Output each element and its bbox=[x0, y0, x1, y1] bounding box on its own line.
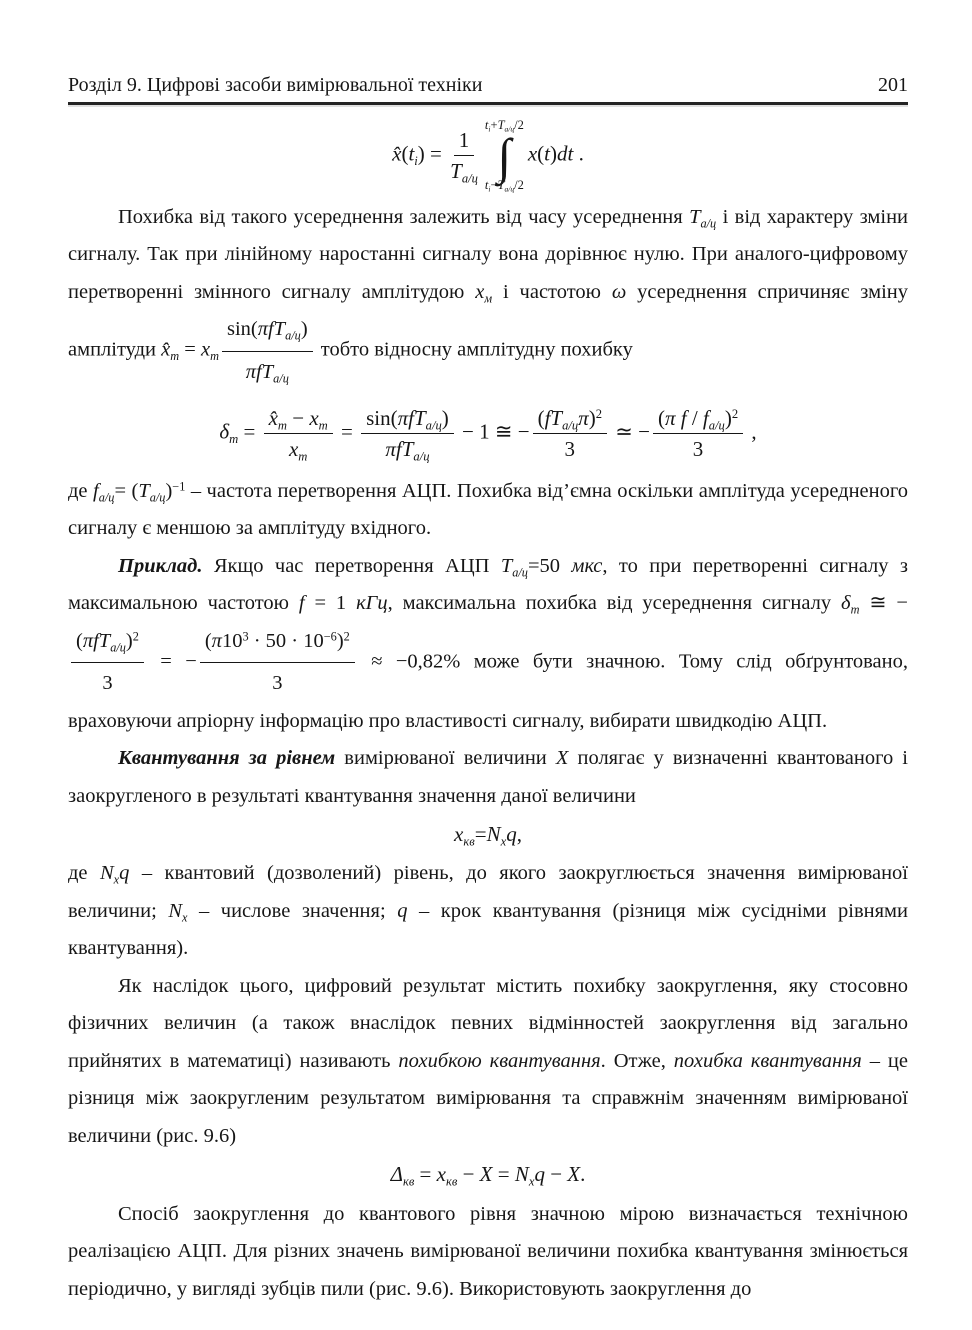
paragraph-example: Приклад. Якщо час перетворення АЦП Tа/ц=… bbox=[68, 548, 908, 741]
paragraph-averaging-error: Похибка від такого усереднення залежить … bbox=[68, 199, 908, 392]
page-header: Розділ 9. Цифрові засоби вимірювальної т… bbox=[68, 74, 908, 105]
page-number: 201 bbox=[878, 74, 908, 97]
document-page: Розділ 9. Цифрові засоби вимірювальної т… bbox=[0, 0, 972, 1330]
paragraph-rounding-method: Спосіб заокруглення до квантового рівня … bbox=[68, 1196, 908, 1309]
formula-relative-amplitude-error: δm = x̂m − xmxm = sin(πfTа/ц)πfTа/ц − 1 … bbox=[68, 405, 908, 463]
chapter-title: Розділ 9. Цифрові засоби вимірювальної т… bbox=[68, 74, 482, 97]
formula-averaging-integral: x̂(ti) = 1Tа/цti+Tа/ц/2∫ti−Tа/ц/2x(t)dt … bbox=[68, 119, 908, 193]
formula-quantized-value: xкв=Nxq, bbox=[68, 821, 908, 847]
paragraph-quantization-intro: Квантування за рівнем вимірюваної величи… bbox=[68, 740, 908, 815]
formula-quantization-error: Δкв = xкв − X = Nxq − X. bbox=[68, 1161, 908, 1187]
paragraph-level-definition: де Nxq – квантовий (дозволений) рівень, … bbox=[68, 855, 908, 968]
paragraph-conversion-frequency: де fа/ц= (Tа/ц)−1 – частота перетворення… bbox=[68, 473, 908, 548]
paragraph-rounding-error: Як наслідок цього, цифровий результат мі… bbox=[68, 968, 908, 1156]
